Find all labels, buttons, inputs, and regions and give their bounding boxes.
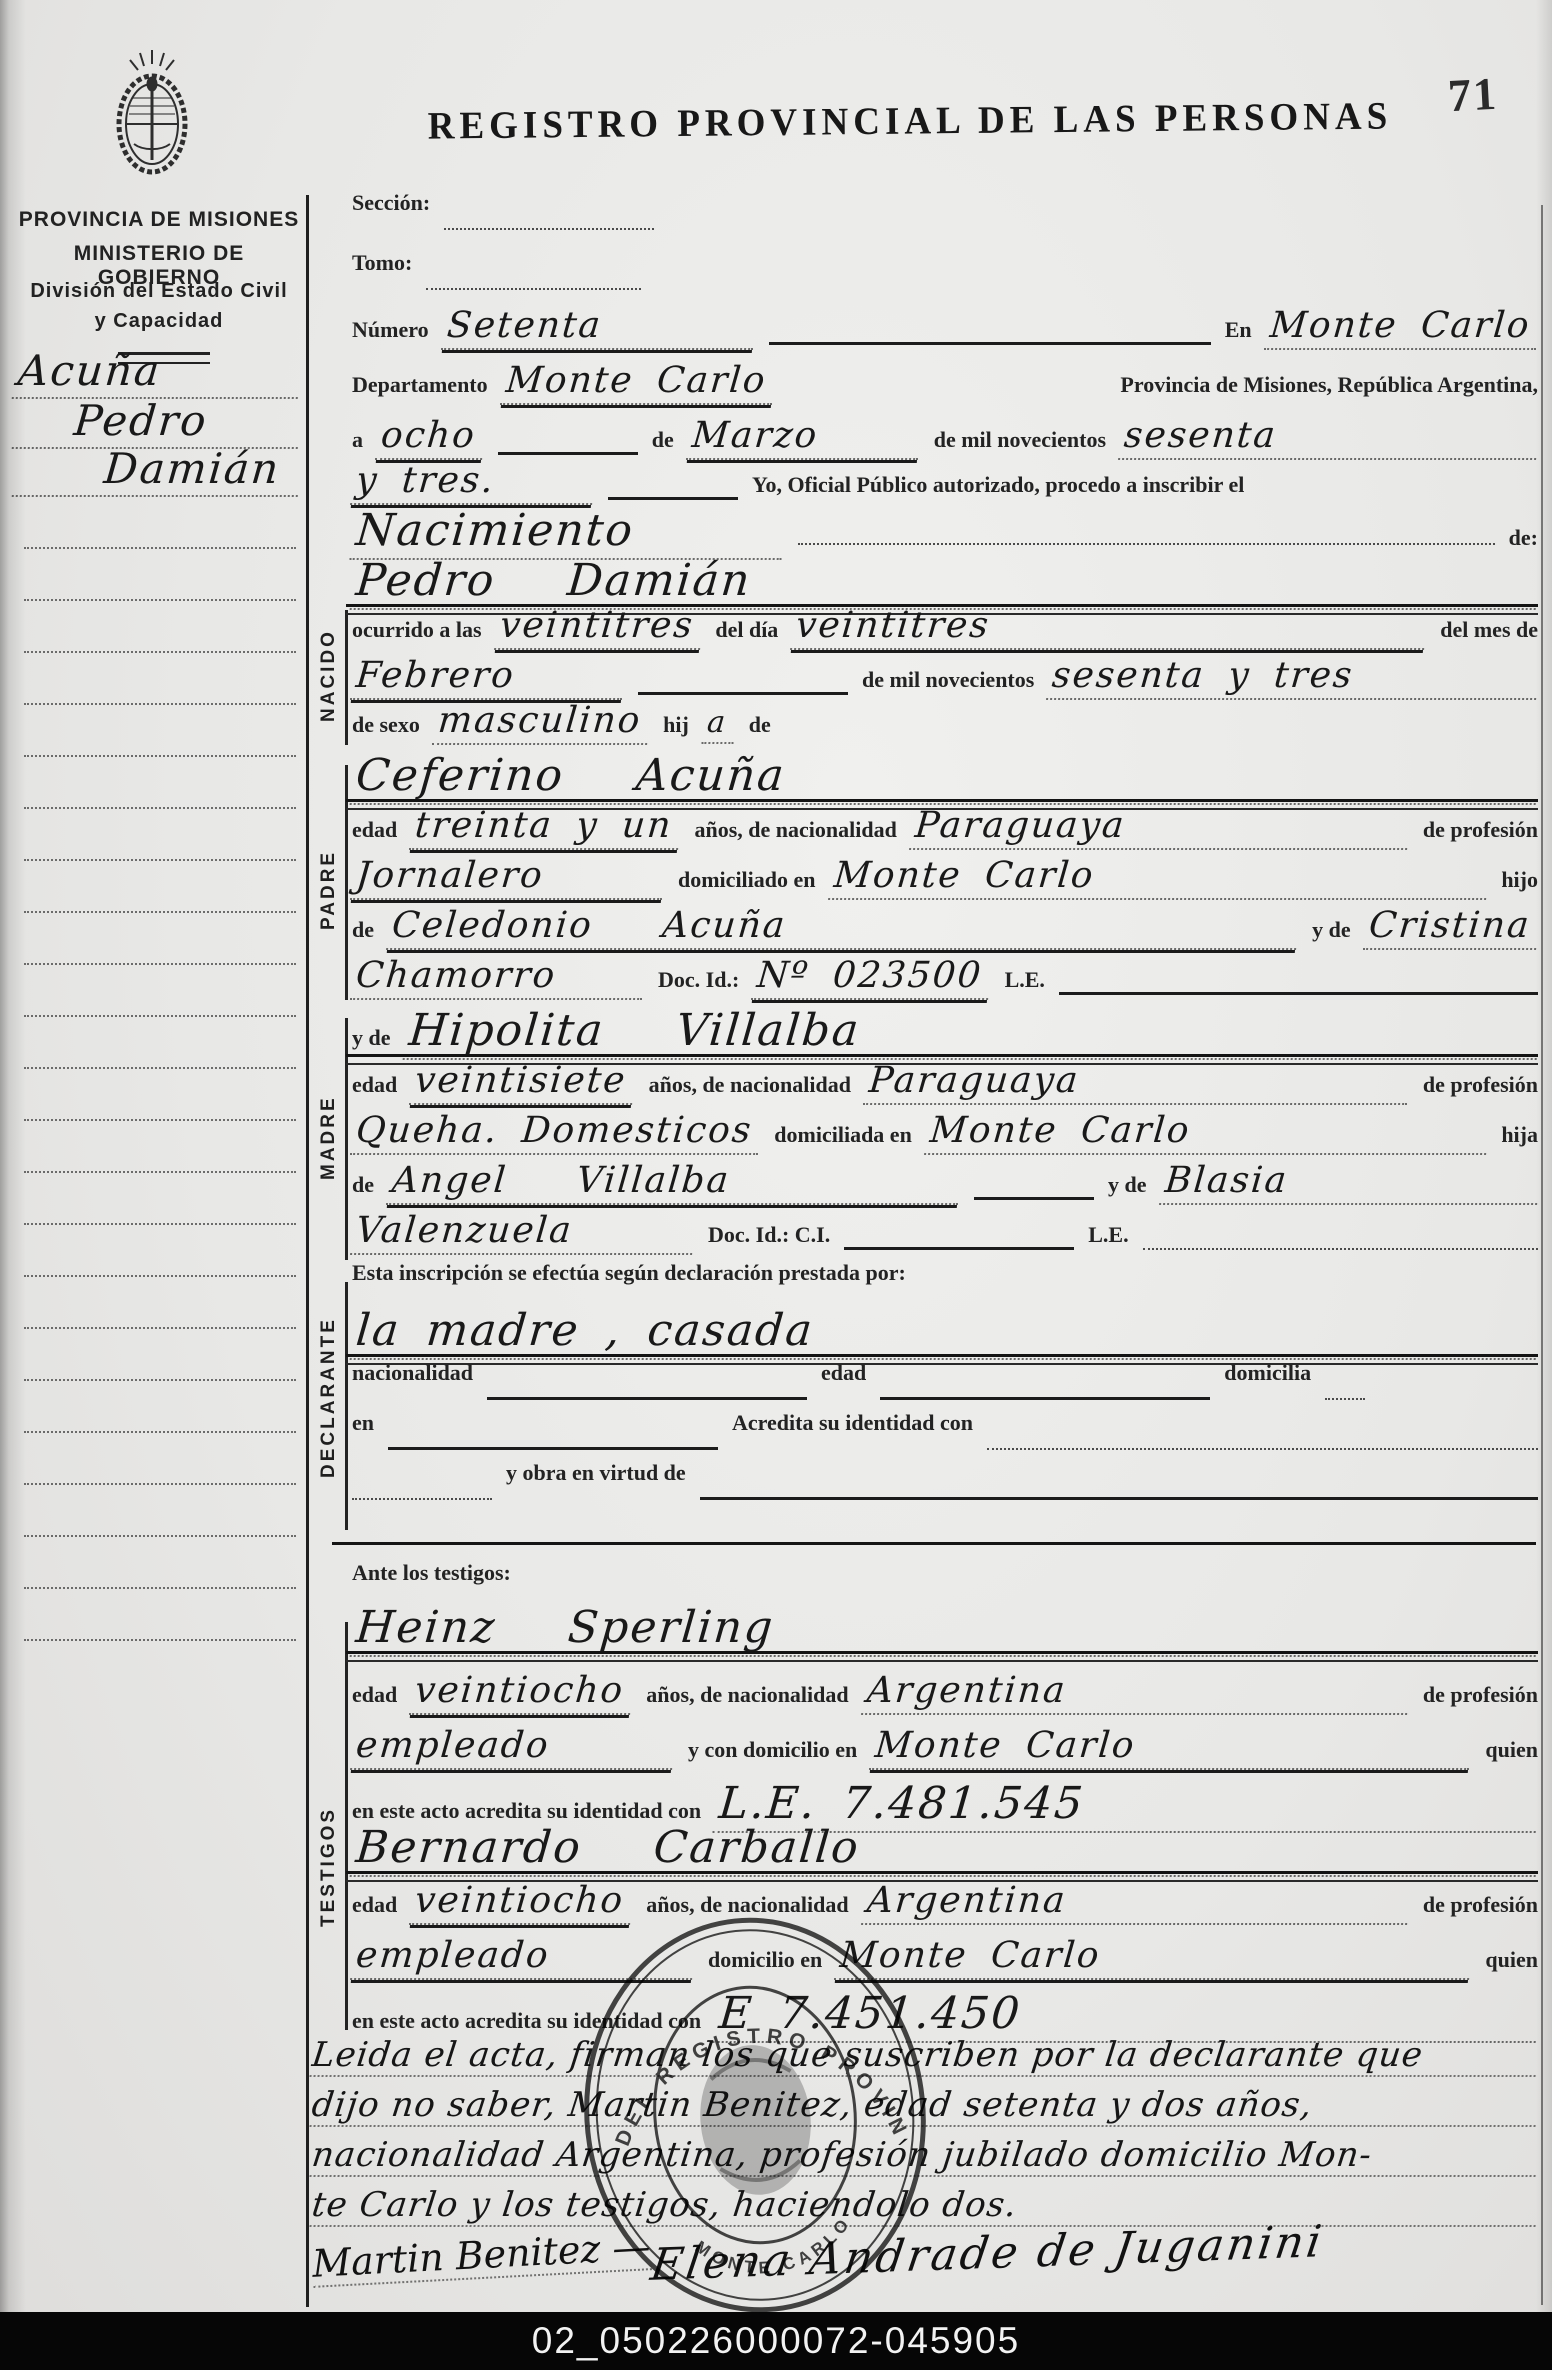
testigo2-anos-label: años, de nacionalidad [646,1892,848,1918]
de-hijo-label: de [749,712,771,738]
page-number: 71 [1447,67,1500,123]
madre-le-label: L.E. [1088,1222,1128,1248]
row-testigo1-documento: en este acto acredita su identidad con L… [352,1778,1538,1826]
anio2-blank [608,487,738,500]
madre-abuela-value2: Valenzuela [350,1210,696,1255]
padre-le-blank [1059,982,1538,995]
padre-edad-label: edad [352,817,397,843]
declarante-yobra-blank2 [700,1487,1538,1500]
signature-right: Elena Andrade de Juganini [647,2216,1327,2291]
row-testigo1-nombre: Heinz Sperling [352,1602,1538,1650]
section-divider [332,1542,1536,1545]
section-bracket-nacido [345,610,348,745]
madre-profesion-value: Queha. Domesticos [350,1110,762,1155]
sexo-label: de sexo [352,712,420,738]
testigo2-domicilio-value: Monte Carlo [834,1935,1473,1980]
handwritten-surname: Acuña [12,346,303,399]
row-padre-nombre: Ceferino Acuña [352,750,1538,798]
row-madre-docid: Valenzuela Doc. Id.: C.I. L.E. [352,1210,1538,1258]
row-padre-profesion: Jornalero domiciliado en Monte Carlo hij… [352,855,1538,903]
declarante-en-label: en [352,1410,374,1436]
madre-nombre: Hipolita Villalba [402,1005,1540,1060]
row-mes-nacido: Febrero de mil novecientos sesenta y tre… [352,655,1538,703]
footer-code: 02_050226000072-045905 [532,2320,1020,2362]
margin-ruled-line [24,1173,296,1225]
margin-ruled-line [24,965,296,1017]
madre-abuelo-value: Angel Villalba [386,1160,962,1205]
margin-ruled-line [24,809,296,861]
oficial-text: Yo, Oficial Público autorizado, procedo … [752,472,1244,498]
row-padre-abuelos: de Celedonio Acuña y de Cristina [352,905,1538,953]
mes-blank [638,682,848,695]
margin-ruled-line [24,1121,296,1173]
declarante-edad-label: edad [821,1360,866,1386]
testigo2-edad-label: edad [352,1892,397,1918]
madre-hija-label: hija [1501,1122,1538,1148]
declarante-domicilia-blank [1325,1388,1365,1400]
row-testigo2-documento: en este acto acredita su identidad con E… [352,1988,1538,2036]
declarante-value: la madre , casada [350,1305,1541,1360]
row-sexo: de sexo masculino hij a de [352,700,1538,748]
margin-ruled-line [24,861,296,913]
padre-abuelo-value: Celedonio Acuña [386,905,1300,950]
provincia-text: Provincia de Misiones, República Argenti… [1120,372,1538,398]
madre-domicilio-label: domiciliada en [774,1122,912,1148]
signature-left: Martin Benitez — [311,2224,652,2288]
madre-abuela-value: Blasia [1159,1160,1540,1205]
padre-profesion-value: Jornalero [350,855,666,900]
section-label-testigos: TESTIGOS [314,1742,344,1992]
margin-ruled-line [24,913,296,965]
padre-anos-label: años, de nacionalidad [694,817,896,843]
declarante-en-blank [388,1437,718,1450]
margin-ruled-line [24,1277,296,1329]
madre-nacionalidad-value: Paraguaya [863,1060,1411,1105]
margin-ruled-line [24,1225,296,1277]
testigo2-nacionalidad-value: Argentina [861,1880,1411,1925]
page-title: REGISTRO PROVINCIAL DE LAS PERSONAS [330,93,1490,150]
testigo1-profesion-label: de profesión [1423,1682,1538,1708]
mes-nacido-value: Febrero [350,655,626,700]
padre-hijo-label: hijo [1501,867,1538,893]
margin-ruled-line [24,1589,296,1641]
mes-label: del mes de [1440,617,1538,643]
margin-ruled-line [24,549,296,601]
row-declarante-datos: nacionalidad edad domicilia [352,1360,1538,1408]
margin-ruled-line [24,1537,296,1589]
departamento-value: Monte Carlo [500,360,776,405]
sidebar-org-line3: División del Estado Civil [18,280,300,303]
testigo1-profesion-value: empleado [350,1725,676,1770]
row-declarante-yobra: y obra en virtud de [352,1460,1538,1508]
madre-abuelo-blank [974,1187,1094,1200]
row-ocurrido: ocurrido a las veintitres del día veinti… [352,605,1538,653]
ante-label: Ante los testigos: [352,1560,511,1586]
testigo1-anos-label: años, de nacionalidad [646,1682,848,1708]
testigo2-profesion-value: empleado [350,1935,696,1980]
dia-blank [498,442,638,455]
row-numero: Número Setenta En Monte Carlo [352,305,1538,353]
ocurrido-label: ocurrido a las [352,617,482,643]
testigo1-quien-label: quien [1485,1737,1538,1763]
section-bracket-declarante [345,1282,348,1530]
margin-ruled-line [24,601,296,653]
en-label: En [1225,317,1252,343]
hij-label: hij [663,712,689,738]
declarante-acredita-blank [987,1438,1538,1450]
de-colon-label: de: [1509,525,1538,551]
madre-domicilio-value: Monte Carlo [924,1110,1489,1155]
novecientos-nacido-label: de mil novecientos [862,667,1034,693]
padre-abuela-value: Cristina [1363,905,1540,950]
coat-of-arms-icon [96,48,208,190]
note-text-2: dijo no saber, Martin Benitez, edad sete… [309,2085,1540,2127]
margin-ruled-line [24,653,296,705]
testigo1-edad-value: veintiocho [409,1670,634,1715]
mes-value: Marzo [686,415,922,460]
note-line-1: Leida el acta, firman los que suscriben … [312,2035,1538,2085]
form-left-border [306,195,309,2307]
margin-surname-line: Acuña [14,346,300,398]
margin-ruled-line [24,1329,296,1381]
anio-value2: y tres. [350,460,596,505]
madre-anos-label: años, de nacionalidad [649,1072,851,1098]
madre-profesion-label: de profesión [1423,1072,1538,1098]
madre-ci-blank [844,1237,1074,1250]
madre-edad-label: edad [352,1072,397,1098]
testigo2-edad-value: veintiocho [409,1880,634,1925]
padre-nombre: Ceferino Acuña [350,750,1541,805]
row-acto: Nacimiento de: [352,505,1538,553]
dia-label: del día [715,617,778,643]
row-madre-nombre: y de Hipolita Villalba [352,1005,1538,1053]
handwritten-given2: Damián [12,444,303,497]
section-bracket-testigos [345,1622,348,2030]
dia-nacido-value: veintitres [790,605,1428,650]
testigo2-quien-label: quien [1485,1947,1538,1973]
tomo-label: Tomo: [352,250,412,276]
testigo2-acredita-label: en este acto acredita su identidad con [352,2008,701,2034]
margin-ruled-line [24,1069,296,1121]
padre-nacionalidad-value: Paraguaya [909,805,1411,850]
testigo1-nacionalidad-value: Argentina [861,1670,1411,1715]
numero-blank [769,332,1211,345]
declarante-acredita-label: Acredita su identidad con [732,1410,973,1436]
form-right-border [1541,205,1543,2305]
signature-line: Martin Benitez — Elena Andrade de Jugani… [312,2228,1538,2278]
madre-yde-label: y de [352,1025,391,1051]
sidebar-org-line4: y Capacidad [18,310,300,333]
margin-given2-line: Damián [14,444,300,496]
novecientos-label: de mil novecientos [934,427,1106,453]
padre-yde-label: y de [1312,917,1351,943]
row-testigo2-nombre: Bernardo Carballo [352,1822,1538,1870]
margin-ruled-line [24,1017,296,1069]
row-madre-profesion: Queha. Domesticos domiciliada en Monte C… [352,1110,1538,1158]
row-declarante-intro: Esta inscripción se efectúa según declar… [352,1260,1538,1308]
a-label: a [352,427,363,453]
hij-value: a [701,705,736,744]
testigo1-domicilio-value: Monte Carlo [869,1725,1473,1770]
declarante-intro-label: Esta inscripción se efectúa según declar… [352,1260,906,1286]
padre-docid-label: Doc. Id.: [658,967,739,993]
declarante-nacionalidad-label: nacionalidad [352,1360,473,1386]
testigo2-domicilio-label: domicilio en [708,1947,822,1973]
acto-blank [798,533,1495,545]
margin-ruled-line [24,1485,296,1537]
margin-ruled-line [24,1433,296,1485]
handwritten-given1: Pedro [12,396,303,449]
hora-value: veintitres [494,605,704,650]
row-anio2: y tres. Yo, Oficial Público autorizado, … [352,460,1538,508]
testigo2-nombre: Bernardo Carballo [350,1822,1541,1877]
row-seccion: Sección: [352,190,1538,238]
de-label: de [652,427,674,453]
row-departamento: Departamento Monte Carlo Provincia de Mi… [352,360,1538,408]
testigo1-domicilio-label: y con domicilio en [688,1737,857,1763]
madre-de-label: de [352,1172,374,1198]
declarante-nacionalidad-blank [487,1387,807,1400]
row-testigo2-domicilio: empleado domicilio en Monte Carlo quien [352,1935,1538,1983]
testigo1-edad-label: edad [352,1682,397,1708]
margin-lines [24,497,296,1641]
dia-value: ocho [375,415,486,460]
padre-domicilio-label: domiciliado en [678,867,816,893]
padre-profesion-label: de profesión [1423,817,1538,843]
padre-edad-value: treinta y un [409,805,682,850]
row-declarante-acredita: en Acredita su identidad con [352,1410,1538,1458]
row-ante-testigos: Ante los testigos: [352,1560,1538,1608]
section-label-nacido: NACIDO [314,615,344,737]
row-tomo: Tomo: [352,250,1538,298]
tomo-blank [426,278,641,290]
note-line-3: nacionalidad Argentina, profesión jubila… [312,2135,1538,2185]
row-testigo1-domicilio: empleado y con domicilio en Monte Carlo … [352,1725,1538,1773]
seccion-blank [444,218,654,230]
departamento-label: Departamento [352,372,488,398]
scanned-birth-certificate: REGISTRO PROVINCIAL DE LAS PERSONAS 71 P… [0,0,1552,2370]
anio-value: sesenta [1118,415,1540,460]
numero-label: Número [352,317,429,343]
numero-value: Setenta [441,305,757,350]
declarante-edad-blank [880,1387,1210,1400]
madre-le-blank [1143,1238,1538,1250]
padre-abuela-value2: Chamorro [350,955,646,1000]
testigo1-acredita-label: en este acto acredita su identidad con [352,1798,701,1824]
margin-given1-line: Pedro [14,396,300,448]
note-text-4: te Carlo y los testigos, haciendolo dos. [309,2185,1540,2227]
margin-ruled-line [24,705,296,757]
declarante-yobra-blank1 [352,1488,492,1500]
margin-ruled-line [24,1381,296,1433]
row-declarante-valor: la madre , casada [352,1305,1538,1353]
testigo2-profesion-label: de profesión [1423,1892,1538,1918]
testigo1-nombre: Heinz Sperling [350,1602,1541,1657]
madre-docid-label: Doc. Id.: C.I. [708,1222,830,1248]
inscripto-nombre: Pedro Damián [350,555,1541,610]
en-value: Monte Carlo [1264,305,1540,350]
declarante-yobra-label: y obra en virtud de [506,1460,686,1486]
padre-docid-value: Nº 023500 [751,955,992,1000]
row-testigo2-edad: edad veintiocho años, de nacionalidad Ar… [352,1880,1538,1928]
row-fecha: a ocho de Marzo de mil novecientos sesen… [352,415,1538,463]
madre-edad-value: veintisiete [409,1060,636,1105]
note-line-2: dijo no saber, Martin Benitez, edad sete… [312,2085,1538,2135]
row-testigo1-edad: edad veintiocho años, de nacionalidad Ar… [352,1670,1538,1718]
margin-ruled-line [24,497,296,549]
row-inscripto: Pedro Damián [352,555,1538,603]
sidebar-org-line1: PROVINCIA DE MISIONES [18,208,300,232]
row-padre-edad: edad treinta y un años, de nacionalidad … [352,805,1538,853]
row-madre-edad: edad veintisiete años, de nacionalidad P… [352,1060,1538,1108]
row-padre-docid: Chamorro Doc. Id.: Nº 023500 L.E. [352,955,1538,1003]
sexo-value: masculino [432,700,651,745]
section-label-padre: PADRE [314,800,344,980]
padre-de-label: de [352,917,374,943]
section-label-declarante: DECLARANTE [314,1278,344,1518]
note-text-3: nacionalidad Argentina, profesión jubila… [309,2135,1540,2177]
anio-nacido-value: sesenta y tres [1046,655,1540,700]
section-label-madre: MADRE [314,1048,344,1228]
note-text-1: Leida el acta, firman los que suscriben … [309,2035,1540,2077]
seccion-label: Sección: [352,190,430,216]
margin-ruled-line [24,757,296,809]
footer-bar: 02_050226000072-045905 [0,2312,1552,2370]
declarante-domicilia-label: domicilia [1224,1360,1311,1386]
acto-value: Nacimiento [350,505,787,560]
madre-yde2-label: y de [1108,1172,1147,1198]
row-madre-abuelos: de Angel Villalba y de Blasia [352,1160,1538,1208]
padre-le-label: L.E. [1005,967,1045,993]
padre-domicilio-value: Monte Carlo [828,855,1490,900]
